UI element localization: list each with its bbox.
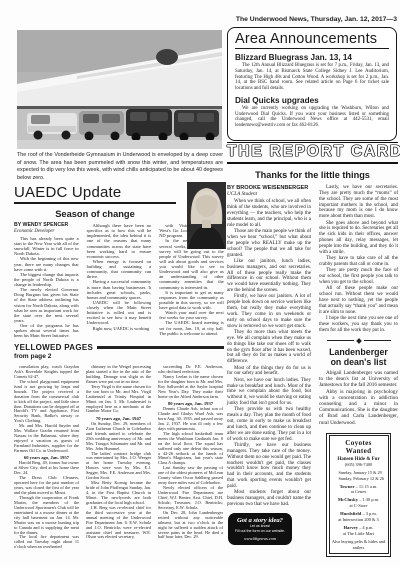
uaedc-column-2: Although there have been no specifics as…: [87, 223, 152, 338]
stop-town: Harvey: [343, 525, 358, 530]
paragraph: The newly elected Governor Doug Burgum h…: [14, 287, 79, 323]
paragraph: This has already been quite a start to t…: [14, 236, 79, 257]
area-announcements-box: Area Announcements Blizzard Bluegrass Ja…: [227, 27, 397, 141]
paragraph: Harold Berg, 49, former bar owner at Sil…: [14, 461, 79, 476]
paragraph: It is important to get as many responses…: [159, 290, 224, 311]
section-divider-ornament: [327, 339, 391, 343]
paragraph: The high school basketball team meets th…: [158, 432, 223, 467]
uaedc-col2-text: Although there have been no specifics as…: [87, 223, 152, 331]
yellowed-pages-subtitle: from page 2: [14, 353, 224, 360]
yellowed-pages-column-1: consolation play, coach Graydon Ash's Ri…: [14, 365, 79, 550]
headshot-wrap-spacer: [191, 223, 224, 244]
report-card-section: THE REPORT CARD Thanks for the little th…: [227, 142, 398, 557]
report-card-col2-text: Lastly, we have our secretaries. They ar…: [319, 185, 398, 334]
paragraph: All of these people make our school run.…: [319, 286, 398, 315]
header-rule: [97, 346, 224, 348]
stop-time: – 1:30 p.m.: [359, 497, 379, 502]
paragraph: Watch your mail over the next few weeks …: [159, 310, 224, 320]
uaedc-subtitle: Season of change: [14, 209, 176, 219]
story-idea-ad: Got a story idea? Let us know! Fill out …: [228, 513, 292, 545]
report-card-columns: BY BROOKE WEISENBERGER UCLA Student When…: [227, 185, 398, 557]
announcement-heading: Dial Quicks upgrades: [235, 96, 389, 105]
stop-time: – 4 p.m.: [359, 525, 373, 530]
stop-place: at The Little Mart: [332, 531, 386, 537]
yellowed-pages-column-2: chimney in the Weigel processing plant s…: [86, 365, 151, 550]
paragraph: Mr. and Mrs. Harold Snyder and Mrs. Wall…: [14, 424, 79, 454]
paragraph: Most students forget about our business …: [227, 490, 311, 508]
paragraph: Terry Virgil is the name chosen for the …: [86, 385, 151, 415]
yellowed-pages-section: YELLOWED PAGES from page 2 consolation p…: [14, 343, 224, 550]
yellowed-pages-columns: consolation play, coach Graydon Ash's Ri…: [14, 365, 224, 550]
paragraph: I.H. Berg was re-elected chief for the t…: [86, 506, 151, 541]
stop-town: McClusky: [338, 497, 358, 502]
report-card-col1-text: When we think of school, we all often th…: [227, 199, 311, 507]
paragraph: The 12th Annual Blizzard Bluegrass is se…: [235, 63, 389, 92]
paragraph: The ladies' contract bridge club was ent…: [86, 452, 151, 482]
coyotes-ad-title: Coyotes Wanted: [332, 439, 386, 455]
paragraph: Miss Betty Koenig became the bride of Jo…: [86, 481, 151, 506]
gym-snow-photo: [17, 30, 222, 149]
yellowed-pages-title: YELLOWED PAGES: [14, 343, 93, 352]
paragraph: Abigail Landenberger was named to the de…: [319, 370, 398, 389]
coyotes-ad-footer: Also buying pelts & hides and antlers: [332, 539, 386, 550]
stop-place: at Intersection 200 & 3: [332, 517, 386, 523]
coyotes-ad-stop: Hurdsfield – 3 p.m. at Intersection 200 …: [332, 511, 386, 522]
paragraph: Although there have been no specifics as…: [87, 223, 152, 259]
paragraph: The UAEDC board meeting is set for noon,…: [159, 320, 224, 335]
paragraph: Right now, UAEDC is working: [87, 326, 152, 331]
paragraph: Firstly, we have our janitors. A lot of …: [227, 294, 311, 329]
newspaper-page: { "masthead": "The Underwood News, Thurs…: [0, 0, 400, 567]
paragraph: Next, we have our lunch ladies. They mak…: [227, 378, 311, 407]
yellowed-pages-header: YELLOWED PAGES: [14, 343, 224, 352]
coyotes-ad-stop: Towner – 11:15 a.m. at Cenex: [332, 484, 386, 495]
uaedc-byline-role: Economic Developer: [14, 229, 79, 234]
paragraph: Those are the main people we think of wh…: [227, 229, 311, 258]
paragraph: Thirdly, we have our business managers. …: [227, 443, 311, 490]
uaedc-column-1: BY WENDY SPENCER Economic Developer This…: [14, 223, 79, 338]
paragraph: Lastly, we have our secretaries. They ar…: [319, 185, 398, 220]
coyotes-ad-stop: McClusky – 1:30 p.m. at C-Store: [332, 497, 386, 508]
story-idea-ad-url: www.bhgnews.com: [231, 536, 289, 541]
report-card-column-2: Lastly, we have our secretaries. They ar…: [319, 185, 398, 557]
uaedc-title: UAEDC Update: [14, 184, 176, 204]
coyotes-ad-stop: Harvey – 4 p.m. at The Little Mart: [332, 525, 386, 536]
paragraph: Sunday, January 15 & 29: [332, 470, 386, 475]
announcement-item: Blizzard Bluegrass Jan. 13, 14 The 12th …: [235, 53, 389, 92]
paragraph: We are currently working on upgrading th…: [235, 106, 389, 129]
stop-time: – 3 p.m.: [362, 511, 376, 516]
paragraph: I hope the next time you see one of thes…: [319, 316, 398, 334]
area-announcements-title: Area Announcements: [235, 31, 389, 49]
uaedc-col1-text: This has already been quite a start to t…: [14, 236, 79, 339]
paragraph: The local fire department was called out…: [14, 535, 79, 550]
deans-list-body: Abigail Landenberger was named to the de…: [319, 370, 398, 426]
paragraph: UAEDC will be following closely when the…: [87, 300, 152, 326]
paragraph: Last Sunday saw the passing of one of th…: [158, 466, 223, 486]
uaedc-update-section: UAEDC Update Season of change BY WENDY S…: [14, 184, 224, 338]
paragraph: They do more than what meets the eye. We…: [227, 330, 311, 365]
stop-town: Towner: [340, 484, 355, 489]
dark-suv-2: [174, 110, 219, 142]
coyotes-wanted-ad-inner: Coyotes Wanted Hansen Hide & Fur (605) 3…: [329, 435, 389, 554]
coyotes-wanted-ad: Coyotes Wanted Hansen Hide & Fur (605) 3…: [326, 433, 391, 557]
announcement-body: We are currently working on upgrading th…: [235, 106, 389, 129]
report-card-title: THE REPORT CARD: [227, 142, 398, 164]
paragraph: When we think of school, we all often th…: [227, 199, 311, 228]
photo-caption: The roof of the Vonderheide Gymnasium in…: [17, 152, 223, 182]
story-idea-ad-title: Got a story idea?: [231, 517, 289, 524]
paragraph: They have to take care of all the crabby…: [319, 256, 398, 268]
story-idea-ad-line2: Fill out the form on our website.: [231, 529, 289, 534]
paragraph: With the beginning of this new year, the…: [14, 256, 79, 271]
paragraph: When energy is focused on building and s…: [87, 259, 152, 280]
coyotes-ad-phone: (605) 396-7400: [332, 462, 386, 467]
paragraph: consolation play, coach Graydon Ash's Ri…: [14, 365, 79, 380]
paragraph: Newly elected officers of the Underwood …: [158, 486, 223, 511]
paragraph: In the next several weeks, a survey will…: [159, 238, 224, 289]
stop-town: Hurdsfield: [340, 511, 361, 516]
paragraph: Like our janitors, lunch ladies, busines…: [227, 259, 311, 294]
announcement-item: Dial Quicks upgrades We are currently wo…: [235, 96, 389, 129]
paragraph: The Dress Club Cleaners, operated here f…: [14, 476, 79, 496]
paragraph: chimney in the Weigel processing plant s…: [86, 365, 151, 385]
yellowed-pages-column-3: succeeding Dr. F.E. Anderson, who declin…: [158, 365, 223, 550]
paragraph: Nancy Leelan is the name chosen for the …: [158, 375, 223, 400]
uaedc-column-3: with Vision West's Go Local ND program.I…: [159, 223, 224, 338]
uaedc-columns: BY WENDY SPENCER Economic Developer This…: [14, 223, 224, 338]
report-card-byline-role: UCLA Student: [227, 191, 311, 197]
report-card-column-1: BY BROOKE WEISENBERGER UCLA Student When…: [227, 185, 311, 557]
announcement-body: The 12th Annual Blizzard Bluegrass is se…: [235, 63, 389, 92]
paragraph: They are pretty much the face of our sch…: [319, 268, 398, 286]
paragraph: Through the cooperation of Frank Martin,…: [14, 496, 79, 536]
paragraph: She goes above and beyond what she is re…: [319, 221, 398, 256]
paragraph: The school playground equipment fund is …: [14, 380, 79, 424]
paragraph: Sunday, February 12 & 26: [332, 476, 386, 481]
paragraph: Abby is majoring in psychology with a co…: [319, 389, 398, 426]
announcement-heading: Blizzard Bluegrass Jan. 13, 14: [235, 53, 389, 62]
paragraph: The biggest change that impacts the peop…: [14, 272, 79, 287]
coyotes-ad-dates: Sunday, January 15 & 29Sunday, February …: [332, 470, 386, 481]
gym-snow-photo-illustration: [17, 30, 222, 149]
paragraph: Most of the things they do for us is for…: [227, 366, 311, 378]
paragraph: Having a successful community is more th…: [87, 279, 152, 300]
paragraph: Dennis Claude Ash, infant son of Claude …: [158, 407, 223, 432]
deans-list-brief: Landenberger on dean's list Abigail Land…: [319, 347, 398, 426]
roof-vent: [156, 49, 178, 65]
diamond-icon: [356, 338, 362, 344]
report-card-subtitle: Thanks for the little things: [227, 170, 398, 180]
stop-place: at Cenex: [332, 489, 386, 495]
paragraph: On Dec. 28, John Landenberger retired wi…: [158, 511, 223, 541]
paragraph: On Sunday, Dec. 29, members of Zion Luth…: [86, 422, 151, 452]
masthead-dateline: The Underwood News, Thursday, Jan. 12, 2…: [170, 16, 397, 23]
stop-time: – 11:15 a.m.: [356, 484, 378, 489]
deans-list-title: Landenberger on dean's list: [323, 347, 394, 367]
stop-place: at C-Store: [332, 503, 386, 509]
paragraph: One of the programs he has spoken about …: [14, 323, 79, 338]
paragraph: They provide us with two healthy meals a…: [227, 407, 311, 442]
